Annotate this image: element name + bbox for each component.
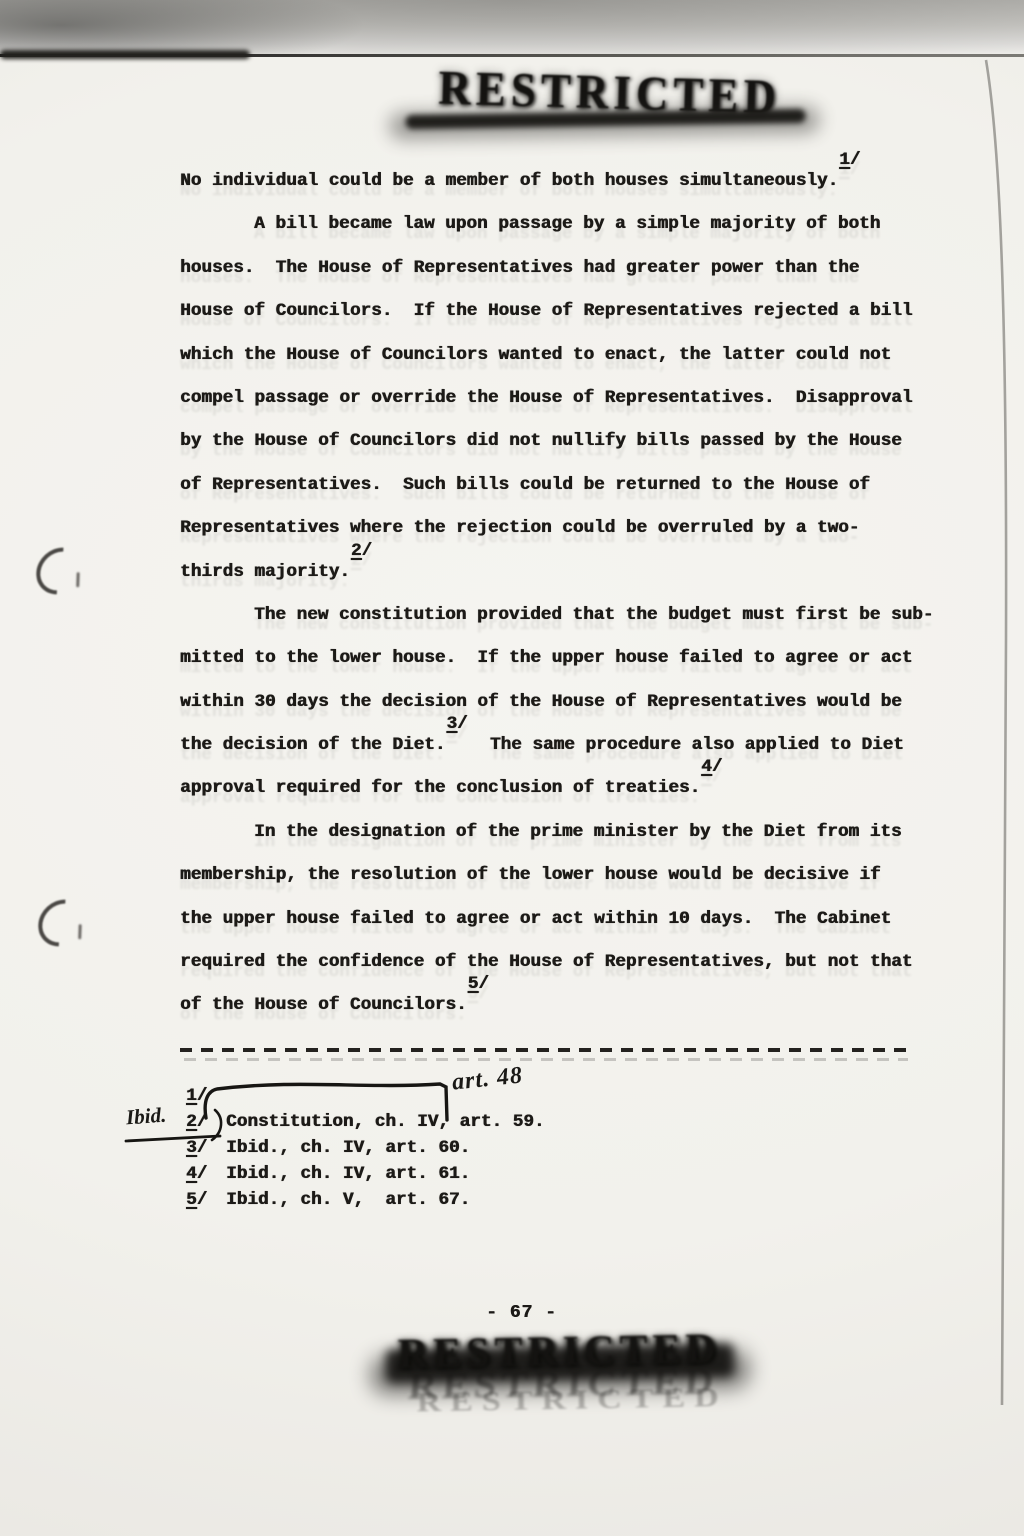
- footnote-row-2: 2/Constitution, ch. IV, art. 59.: [186, 1109, 544, 1135]
- footnote-text: Ibid., ch. IV, art. 60.: [226, 1135, 470, 1161]
- footnote-number: 5/: [186, 1187, 226, 1213]
- body-text: No individual could be a member of both …: [180, 160, 920, 1028]
- text-line: Representatives where the rejection coul…: [180, 507, 920, 550]
- text-line: thirds majority.2/: [180, 551, 920, 594]
- text-line: which the House of Councilors wanted to …: [180, 334, 920, 377]
- text-line: of the House of Councilors.5/: [180, 984, 920, 1027]
- scanned-document-page: RESTRICTED No individual could be a memb…: [0, 0, 1024, 1536]
- text-segment: by the House of Councilors did not nulli…: [180, 431, 902, 451]
- restricted-stamp-bottom: RESTRICTED RESTRICTED RESTRICTED: [391, 1323, 737, 1409]
- text-segment: the upper house failed to agree or act w…: [180, 909, 891, 929]
- footnote-number: 3/: [186, 1135, 226, 1161]
- paper-top-edge-line: [0, 54, 1024, 57]
- text-segment: mitted to the lower house. If the upper …: [180, 648, 912, 668]
- text-line: A bill became law upon passage by a simp…: [180, 203, 920, 246]
- text-segment: membership, the resolution of the lower …: [180, 865, 881, 885]
- footnote-separator-dashed: [180, 1048, 908, 1052]
- footnote-ref-4: 4/: [701, 757, 722, 777]
- text-segment: approval required for the conclusion of …: [180, 778, 700, 798]
- footnote-row-4: 4/Ibid., ch. IV, art. 61.: [186, 1161, 544, 1187]
- footnote-ref-5: 5/: [468, 974, 489, 994]
- footnote-separator-ghost: [184, 1058, 908, 1061]
- text-line: required the confidence of the House of …: [180, 941, 920, 984]
- text-segment: of Representatives. Such bills could be …: [180, 475, 870, 495]
- text-line: the decision of the Diet.3/ The same pro…: [180, 724, 920, 767]
- footnote-text: Ibid., ch. IV, art. 61.: [226, 1161, 470, 1187]
- text-segment: No individual could be a member of both …: [180, 171, 838, 191]
- text-segment: The new constitution provided that the b…: [254, 605, 933, 625]
- text-line: No individual could be a member of both …: [180, 160, 920, 203]
- text-segment: houses. The House of Representatives had…: [180, 258, 859, 278]
- scanner-edge-band: [0, 0, 1024, 56]
- text-segment: the decision of the Diet.: [180, 735, 445, 755]
- footnote-number: 1/: [186, 1083, 226, 1109]
- footnote-ref-3: 3/: [446, 714, 467, 734]
- punch-hole-mark-lower: [29, 890, 96, 956]
- footnote-ref-1: 1/: [839, 150, 860, 170]
- text-segment: within 30 days the decision of the House…: [180, 692, 902, 712]
- text-segment: House of Councilors. If the House of Rep…: [180, 301, 912, 321]
- text-segment: which the House of Councilors wanted to …: [180, 345, 891, 365]
- text-segment: A bill became law upon passage by a simp…: [254, 214, 880, 234]
- restricted-stamp-bottom-text: RESTRICTED: [397, 1325, 721, 1379]
- text-line: within 30 days the decision of the House…: [180, 681, 920, 724]
- footnote-number: 4/: [186, 1161, 226, 1187]
- footnote-number: 2/: [186, 1109, 226, 1135]
- footnote-block: 1/2/Constitution, ch. IV, art. 59.3/Ibid…: [186, 1083, 544, 1213]
- text-line: houses. The House of Representatives had…: [180, 247, 920, 290]
- text-segment: thirds majority.: [180, 562, 350, 582]
- text-segment: In the designation of the prime minister…: [254, 822, 901, 842]
- text-line: approval required for the conclusion of …: [180, 767, 920, 810]
- text-line: The new constitution provided that the b…: [180, 594, 920, 637]
- text-line: the upper house failed to agree or act w…: [180, 898, 920, 941]
- footnote-text: Constitution, ch. IV, art. 59.: [226, 1109, 544, 1135]
- page-number: - 67 -: [486, 1303, 557, 1323]
- text-line: compel passage or override the House of …: [180, 377, 920, 420]
- text-line: of Representatives. Such bills could be …: [180, 464, 920, 507]
- footnote-ref-2: 2/: [351, 541, 372, 561]
- footnote-row-3: 3/Ibid., ch. IV, art. 60.: [186, 1135, 544, 1161]
- paper-right-edge-line: [986, 60, 1006, 1405]
- text-line: House of Councilors. If the House of Rep…: [180, 290, 920, 333]
- footnote-text: Ibid., ch. V, art. 67.: [226, 1187, 470, 1213]
- punch-hole-mark-upper: [27, 538, 94, 604]
- handwritten-ibid: Ibid.: [125, 1103, 167, 1131]
- restricted-stamp-bottom-ghost2: RESTRICTED: [416, 1383, 728, 1419]
- text-line: by the House of Councilors did not nulli…: [180, 420, 920, 463]
- text-line: mitted to the lower house. If the upper …: [180, 637, 920, 680]
- footnote-row-5: 5/Ibid., ch. V, art. 67.: [186, 1187, 544, 1213]
- text-segment: compel passage or override the House of …: [180, 388, 912, 408]
- text-line: membership, the resolution of the lower …: [180, 854, 920, 897]
- text-segment: The same procedure also applied to Diet: [469, 735, 904, 755]
- text-line: In the designation of the prime minister…: [180, 811, 920, 854]
- text-segment: required the confidence of the House of …: [180, 952, 912, 972]
- text-segment: Representatives where the rejection coul…: [180, 518, 859, 538]
- text-segment: of the House of Councilors.: [180, 995, 467, 1015]
- restricted-stamp-top: RESTRICTED: [437, 61, 779, 146]
